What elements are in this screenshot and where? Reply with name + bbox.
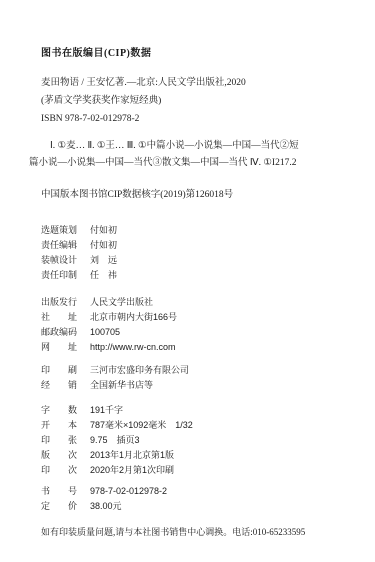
quality-note: 如有印装质量问题,请与本社图书销售中心调换。电话:010-65233595 <box>41 525 345 538</box>
price-label: 定 价 <box>41 499 81 514</box>
credit-label: 装帧设计 <box>41 253 81 268</box>
series-line: (茅盾文学奖获奖作家短经典) <box>41 92 345 110</box>
spec-label: 版 次 <box>41 448 81 463</box>
printing-row: 经 销全国新华书店等 <box>41 378 345 393</box>
classification-block: Ⅰ. ①麦… Ⅱ. ①王… Ⅲ. ①中篇小说—小说集—中国—当代②短 篇小说—小… <box>29 138 345 172</box>
publishing-value: 人民文学出版社 <box>90 297 153 307</box>
spec-value: 787毫米×1092毫米 1/32 <box>90 420 193 430</box>
spec-value: 9.75 插页3 <box>90 435 140 445</box>
cip-header: 图书在版编目(CIP)数据 <box>41 44 345 59</box>
booknum-block: 书 号978-7-02-012978-2 定 价38.00元 <box>41 484 345 514</box>
credit-value: 任 祎 <box>90 270 117 280</box>
classification-line-2: 篇小说—小说集—中国—当代③散文集—中国—当代 Ⅳ. ①I217.2 <box>29 155 345 172</box>
publishing-label: 社 址 <box>41 310 81 325</box>
publishing-label: 网 址 <box>41 340 81 355</box>
spec-row: 印 张9.75 插页3 <box>41 433 345 448</box>
booknum-row: 书 号978-7-02-012978-2 <box>41 484 345 499</box>
credit-row: 责任印制任 祎 <box>41 268 345 283</box>
credit-value: 付如初 <box>90 240 117 250</box>
spec-row: 字 数191千字 <box>41 403 345 418</box>
book-title-line: 麦田物语 / 王安忆著.—北京:人民文学出版社,2020 <box>41 74 345 92</box>
publishing-label: 出版发行 <box>41 295 81 310</box>
spec-label: 开 本 <box>41 418 81 433</box>
isbn-line: ISBN 978-7-02-012978-2 <box>41 110 345 128</box>
credit-row: 选题策划付如初 <box>41 223 345 238</box>
publishing-value: http://www.rw-cn.com <box>90 342 176 352</box>
booknum-label: 书 号 <box>41 484 81 499</box>
credit-label: 选题策划 <box>41 223 81 238</box>
publishing-row: 网 址http://www.rw-cn.com <box>41 340 345 355</box>
classification-line-1: Ⅰ. ①麦… Ⅱ. ①王… Ⅲ. ①中篇小说—小说集—中国—当代②短 <box>29 138 345 155</box>
spec-value: 2013年1月北京第1版 <box>90 450 174 460</box>
spec-value: 2020年2月第1次印刷 <box>90 465 174 475</box>
publishing-row: 邮政编码100705 <box>41 325 345 340</box>
spec-label: 字 数 <box>41 403 81 418</box>
spec-row: 版 次2013年1月北京第1版 <box>41 448 345 463</box>
printing-label: 经 销 <box>41 378 81 393</box>
price-row: 定 价38.00元 <box>41 499 345 514</box>
credit-value: 付如初 <box>90 225 117 235</box>
spec-label: 印 次 <box>41 463 81 478</box>
price-value: 38.00元 <box>90 501 122 511</box>
specs-block: 字 数191千字 开 本787毫米×1092毫米 1/32 印 张9.75 插页… <box>41 403 345 478</box>
printing-value: 全国新华书店等 <box>90 380 153 390</box>
publishing-value: 北京市朝内大街166号 <box>90 312 177 322</box>
copyright-page: 图书在版编目(CIP)数据 麦田物语 / 王安忆著.—北京:人民文学出版社,20… <box>0 0 375 562</box>
publishing-row: 出版发行人民文学出版社 <box>41 295 345 310</box>
printing-block: 印 刷三河市宏盛印务有限公司 经 销全国新华书店等 <box>41 363 345 393</box>
credits-block: 选题策划付如初 责任编辑付如初 装帧设计刘 远 责任印制任 祎 <box>41 223 345 283</box>
credit-label: 责任编辑 <box>41 238 81 253</box>
cip-title-block: 麦田物语 / 王安忆著.—北京:人民文学出版社,2020 (茅盾文学奖获奖作家短… <box>41 74 345 128</box>
printing-value: 三河市宏盛印务有限公司 <box>90 365 189 375</box>
publishing-label: 邮政编码 <box>41 325 81 340</box>
credit-row: 责任编辑付如初 <box>41 238 345 253</box>
publishing-value: 100705 <box>90 327 120 337</box>
publishing-block: 出版发行人民文学出版社 社 址北京市朝内大街166号 邮政编码100705 网 … <box>41 295 345 355</box>
spec-label: 印 张 <box>41 433 81 448</box>
printing-label: 印 刷 <box>41 363 81 378</box>
booknum-value: 978-7-02-012978-2 <box>90 486 167 496</box>
spec-row: 开 本787毫米×1092毫米 1/32 <box>41 418 345 433</box>
cip-block: 图书在版编目(CIP)数据 麦田物语 / 王安忆著.—北京:人民文学出版社,20… <box>41 44 345 200</box>
credit-value: 刘 远 <box>90 255 117 265</box>
credit-label: 责任印制 <box>41 268 81 283</box>
spec-row: 印 次2020年2月第1次印刷 <box>41 463 345 478</box>
printing-row: 印 刷三河市宏盛印务有限公司 <box>41 363 345 378</box>
credit-row: 装帧设计刘 远 <box>41 253 345 268</box>
spec-value: 191千字 <box>90 405 123 415</box>
publishing-row: 社 址北京市朝内大街166号 <box>41 310 345 325</box>
cip-record-line: 中国版本图书馆CIP数据核字(2019)第126018号 <box>41 186 345 200</box>
